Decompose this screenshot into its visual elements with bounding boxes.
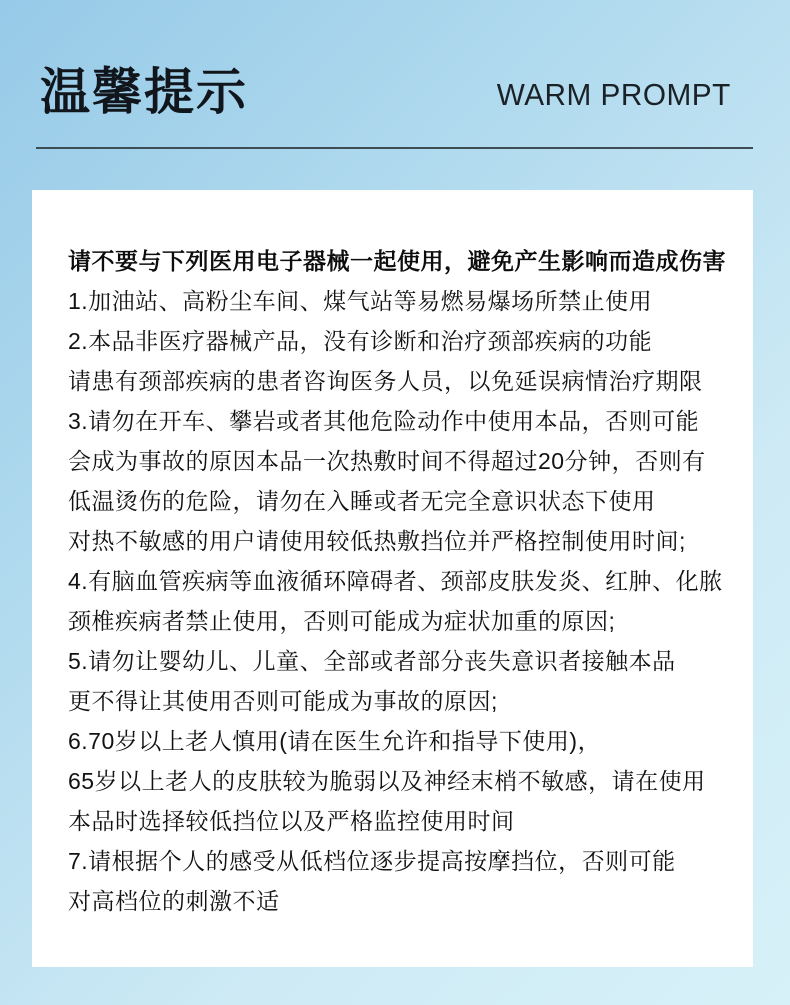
header-divider: [36, 147, 753, 149]
warning-notice-card: 请不要与下列医用电子器械一起使用，避免产生影响而造成伤害 1.加油站、高粉尘车间…: [32, 190, 753, 967]
notice-line-13: 65岁以上老人的皮肤较为脆弱以及神经末梢不敏感，请在使用: [68, 761, 735, 801]
notice-line-14: 本品时选择较低挡位以及严格监控使用时间: [68, 801, 735, 841]
notice-line-6: 低温烫伤的危险，请勿在入睡或者无完全意识状态下使用: [68, 481, 735, 521]
notice-line-16: 对高档位的刺激不适: [68, 881, 735, 921]
notice-line-9: 颈椎疾病者禁止使用，否则可能成为症状加重的原因;: [68, 601, 735, 641]
notice-line-5: 会成为事故的原因本品一次热敷时间不得超过20分钟，否则有: [68, 441, 735, 481]
notice-line-8: 4.有脑血管疾病等血液循环障碍者、颈部皮肤发炎、红肿、化脓: [68, 561, 735, 601]
notice-heading: 请不要与下列医用电子器械一起使用，避免产生影响而造成伤害: [68, 241, 735, 281]
notice-line-7: 对热不敏感的用户请使用较低热敷挡位并严格控制使用时间;: [68, 521, 735, 561]
notice-line-1: 1.加油站、高粉尘车间、煤气站等易燃易爆场所禁止使用: [68, 281, 735, 321]
notice-line-15: 7.请根据个人的感受从低档位逐步提高按摩挡位，否则可能: [68, 841, 735, 881]
notice-line-10: 5.请勿让婴幼儿、儿童、全部或者部分丧失意识者接触本品: [68, 641, 735, 681]
notice-line-11: 更不得让其使用否则可能成为事故的原因;: [68, 681, 735, 721]
notice-line-4: 3.请勿在开车、攀岩或者其他危险动作中使用本品，否则可能: [68, 401, 735, 441]
notice-line-12: 6.70岁以上老人慎用(请在医生允许和指导下使用)，: [68, 721, 735, 761]
page-header: 温馨提示 WARM PROMPT: [0, 0, 790, 190]
page-title-chinese: 温馨提示: [40, 64, 248, 120]
notice-line-3: 请患有颈部疾病的患者咨询医务人员，以免延误病情治疗期限: [68, 361, 735, 401]
page-title-english: WARM PROMPT: [497, 78, 731, 112]
notice-line-2: 2.本品非医疗器械产品，没有诊断和治疗颈部疾病的功能: [68, 321, 735, 361]
